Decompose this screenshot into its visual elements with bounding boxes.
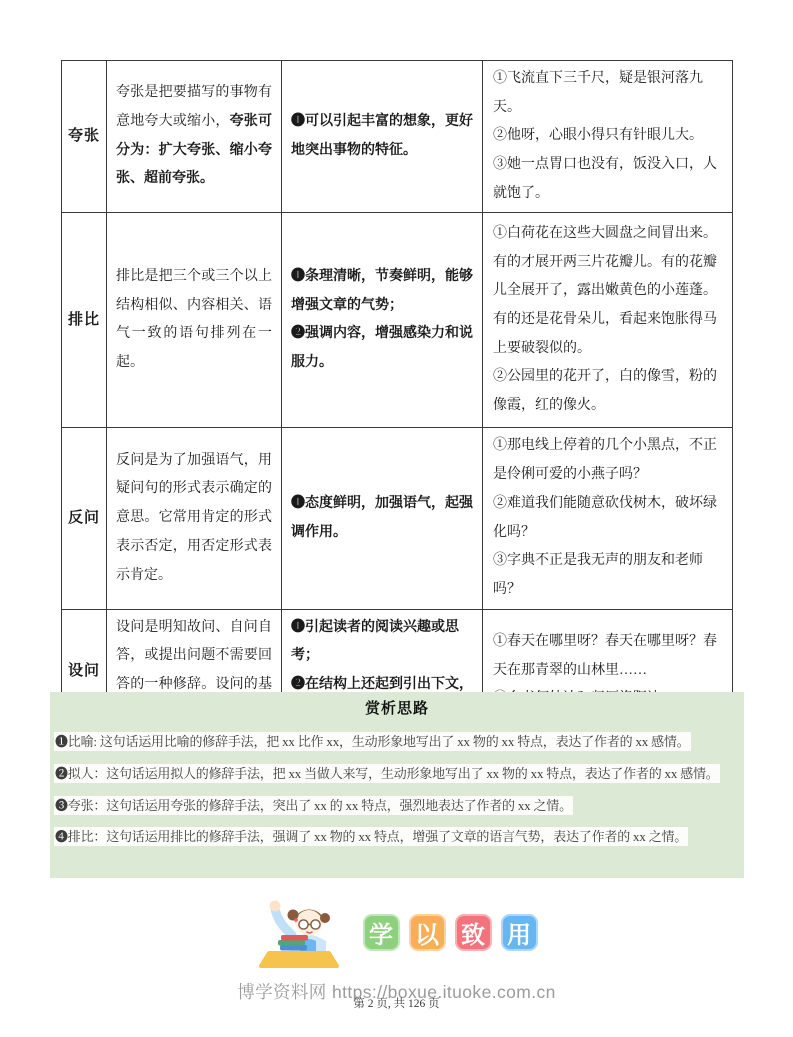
effect-cell: ❶态度鲜明，加强语气，起强调作用。 (282, 428, 483, 609)
logo-char: 致 (461, 915, 485, 950)
logo-tile-yong: 用 (501, 914, 538, 951)
logo-tile-xue: 学 (363, 914, 400, 951)
example-line: ③她一点胃口也没有，饭没入口，人就饱了。 (493, 151, 722, 208)
examples-cell: ①那电线上停着的几个小黑点，不正是伶俐可爱的小燕子吗？ ②难道我们能随意砍伐树木… (483, 428, 733, 609)
analysis-item-text: ❷拟人：这句话运用拟人的修辞手法，把 xx 当做人来写，生动形象地写出了 xx … (54, 764, 720, 783)
example-line: ①飞流直下三千尺，疑是银河落九天。 (493, 65, 722, 122)
example-line: ②他呀，心眼小得只有针眼儿大。 (493, 122, 722, 151)
analysis-item: ❷拟人：这句话运用拟人的修辞手法，把 xx 当做人来写，生动形象地写出了 xx … (54, 764, 740, 785)
analysis-item: ❸夸张：这句话运用夸张的修辞手法，突出了 xx 的 xx 特点，强烈地表达了作者… (54, 796, 740, 817)
table-row: 夸张 夸张是把要描写的事物有意地夸大或缩小，夸张可分为：扩大夸张、缩小夸张、超前… (62, 61, 733, 213)
examples-cell: ①白荷花在这些大圆盘之间冒出来。有的才展开两三片花瓣儿。有的花瓣儿全展开了，露出… (483, 213, 733, 428)
example-line: ②难道我们能随意砍伐树木，破坏绿化吗？ (493, 490, 722, 547)
example-line: ①白荷花在这些大圆盘之间冒出来。有的才展开两三片花瓣儿。有的花瓣儿全展开了，露出… (493, 220, 722, 363)
effect-line: ❶条理清晰，节奏鲜明，能够增强文章的气势； (291, 263, 473, 320)
definition-cell: 反问是为了加强语气，用疑问句的形式表示确定的意思。它常用肯定的形式表示否定，用否… (107, 428, 282, 609)
analysis-panel: 赏析思路 ❶比喻: 这句话运用比喻的修辞手法，把 xx 比作 xx，生动形象地写… (50, 692, 744, 878)
term-fanwen: 反问 (62, 428, 107, 609)
effect-cell: ❶条理清晰，节奏鲜明，能够增强文章的气势； ❷强调内容，增强感染力和说服力。 (282, 213, 483, 428)
definition-cell: 夸张是把要描写的事物有意地夸大或缩小，夸张可分为：扩大夸张、缩小夸张、超前夸张。 (107, 61, 282, 213)
table-row: 反问 反问是为了加强语气，用疑问句的形式表示确定的意思。它常用肯定的形式表示否定… (62, 428, 733, 609)
term-kuazhang: 夸张 (62, 61, 107, 213)
effect-line: ❶态度鲜明，加强语气，起强调作用。 (291, 490, 473, 547)
analysis-item-text: ❶比喻: 这句话运用比喻的修辞手法，把 xx 比作 xx，生动形象地写出了 xx… (54, 732, 691, 751)
effect-line: ❷强调内容，增强感染力和说服力。 (291, 320, 473, 377)
effect-line: ❶引起读者的阅读兴趣或思考； (291, 614, 473, 671)
effect-line: ❶可以引起丰富的想象，更好地突出事物的特征。 (291, 108, 473, 165)
analysis-item-text: ❹排比：这句话运用排比的修辞手法，强调了 xx 物的 xx 特点，增强了文章的语… (54, 827, 688, 846)
rhetoric-table: 夸张 夸张是把要描写的事物有意地夸大或缩小，夸张可分为：扩大夸张、缩小夸张、超前… (61, 60, 733, 733)
examples-cell: ①飞流直下三千尺，疑是银河落九天。 ②他呀，心眼小得只有针眼儿大。 ③她一点胃口… (483, 61, 733, 213)
study-logo: 学 以 致 用 (0, 891, 793, 973)
example-line: ③字典不正是我无声的朋友和老师吗？ (493, 547, 722, 604)
term-paibi: 排比 (62, 213, 107, 428)
student-mascot-icon (256, 895, 344, 969)
page-number: 第 2 页, 共 126 页 (0, 995, 793, 1011)
logo-tile-yi: 以 (409, 914, 446, 951)
analysis-title: 赏析思路 (54, 697, 740, 721)
example-line: ①那电线上停着的几个小黑点，不正是伶俐可爱的小燕子吗？ (493, 432, 722, 489)
logo-tile-zhi: 致 (455, 914, 492, 951)
definition-cell: 排比是把三个或三个以上结构相似、内容相关、语气一致的语句排列在一起。 (107, 213, 282, 428)
example-line: ②公园里的花开了，白的像雪，粉的像霞，红的像火。 (493, 363, 722, 420)
definition-text: 反问是为了加强语气，用疑问句的形式表示确定的意思。它常用肯定的形式表示否定，用否… (116, 453, 272, 583)
analysis-item: ❶比喻: 这句话运用比喻的修辞手法，把 xx 比作 xx，生动形象地写出了 xx… (54, 732, 740, 753)
definition-text: 排比是把三个或三个以上结构相似、内容相关、语气一致的语句排列在一起。 (116, 269, 272, 370)
effect-cell: ❶可以引起丰富的想象，更好地突出事物的特征。 (282, 61, 483, 213)
logo-char: 用 (507, 915, 531, 950)
logo-char: 以 (415, 915, 439, 950)
analysis-item-text: ❸夸张：这句话运用夸张的修辞手法，突出了 xx 的 xx 特点，强烈地表达了作者… (54, 796, 573, 815)
example-line: ①春天在哪里呀？春天在哪里呀？春天在那青翠的山林里…… (493, 628, 722, 685)
analysis-item: ❹排比：这句话运用排比的修辞手法，强调了 xx 物的 xx 特点，增强了文章的语… (54, 827, 740, 848)
logo-char: 学 (369, 915, 393, 950)
table-row: 排比 排比是把三个或三个以上结构相似、内容相关、语气一致的语句排列在一起。 ❶条… (62, 213, 733, 428)
